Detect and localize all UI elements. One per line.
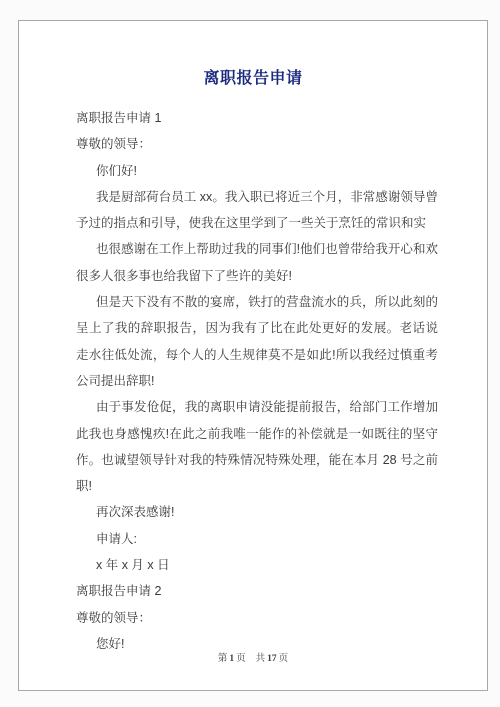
footer-total-number: 17 xyxy=(265,654,279,664)
text-line: 很多人很多事也给我留下了些许的美好! xyxy=(76,263,438,289)
footer-total-prefix: 共 xyxy=(256,654,266,664)
footer-current-page-suffix: 页 xyxy=(236,654,246,664)
footer-current-page-prefix: 第 xyxy=(218,654,228,664)
text-line: 离职报告申请 1 xyxy=(76,105,438,131)
text-line: 申请人: xyxy=(76,526,438,552)
text-line: 走水往低处流，每个人的人生规律莫不是如此!所以我经过慎重考虑权衡利敝向 xyxy=(76,342,438,368)
text-line: 尊敬的领导： xyxy=(76,131,438,157)
text-line: 予过的指点和引导，使我在这里学到了一些关于烹饪的常识和实用的工作技能! xyxy=(76,210,438,236)
text-line: 再次深表感谢! xyxy=(76,499,438,525)
footer-current-page-number: 1 xyxy=(227,654,236,664)
document-body: 离职报告申请 1尊敬的领导：你们好!我是厨部荷台员工 xx。我入职已将近三个月，… xyxy=(76,105,438,657)
text-line: 但是天下没有不散的宴席，铁打的营盘流水的兵，所以此刻的我也不得已 xyxy=(76,289,438,315)
text-line: 你们好! xyxy=(76,158,438,184)
text-line: x 年 x 月 x 日 xyxy=(76,552,438,578)
text-line: 我是厨部荷台员工 xx。我入职已将近三个月，非常感谢领导曾在工作中给 xyxy=(76,184,438,210)
text-line: 离职报告申请 2 xyxy=(76,578,438,604)
text-line: 也很感谢在工作上帮助过我的同事们!他们也曾带给我开心和欢笑!这里的 xyxy=(76,236,438,262)
text-line: 呈上了我的辞职报告，因为我有了比在此处更好的发展。老话说的好人往高处 xyxy=(76,315,438,341)
text-line: 作。也诚望领导针对我的特殊情况特殊处理，能在本月 28 号之前批准我的离 xyxy=(76,447,438,473)
text-line: 职! xyxy=(76,473,438,499)
text-line: 此我也身感愧疚!在此之前我唯一能作的补偿就是一如既往的坚守岗位努力工 xyxy=(76,421,438,447)
text-line: 公司提出辞职! xyxy=(76,368,438,394)
document-title: 离职报告申请 xyxy=(19,65,487,88)
text-line: 由于事发伧促，我的离职申请没能提前报告，给部门工作增加了压力，为 xyxy=(76,394,438,420)
document-viewer-canvas: { "colors": { "canvas_bg": "#fbfbfb", "p… xyxy=(0,0,500,707)
footer-total-suffix: 页 xyxy=(279,654,289,664)
page-number-footer: 第1页共17页 xyxy=(19,650,487,664)
document-page: 离职报告申请 离职报告申请 1尊敬的领导：你们好!我是厨部荷台员工 xx。我入职… xyxy=(18,20,488,691)
text-line: 尊敬的领导： xyxy=(76,605,438,631)
